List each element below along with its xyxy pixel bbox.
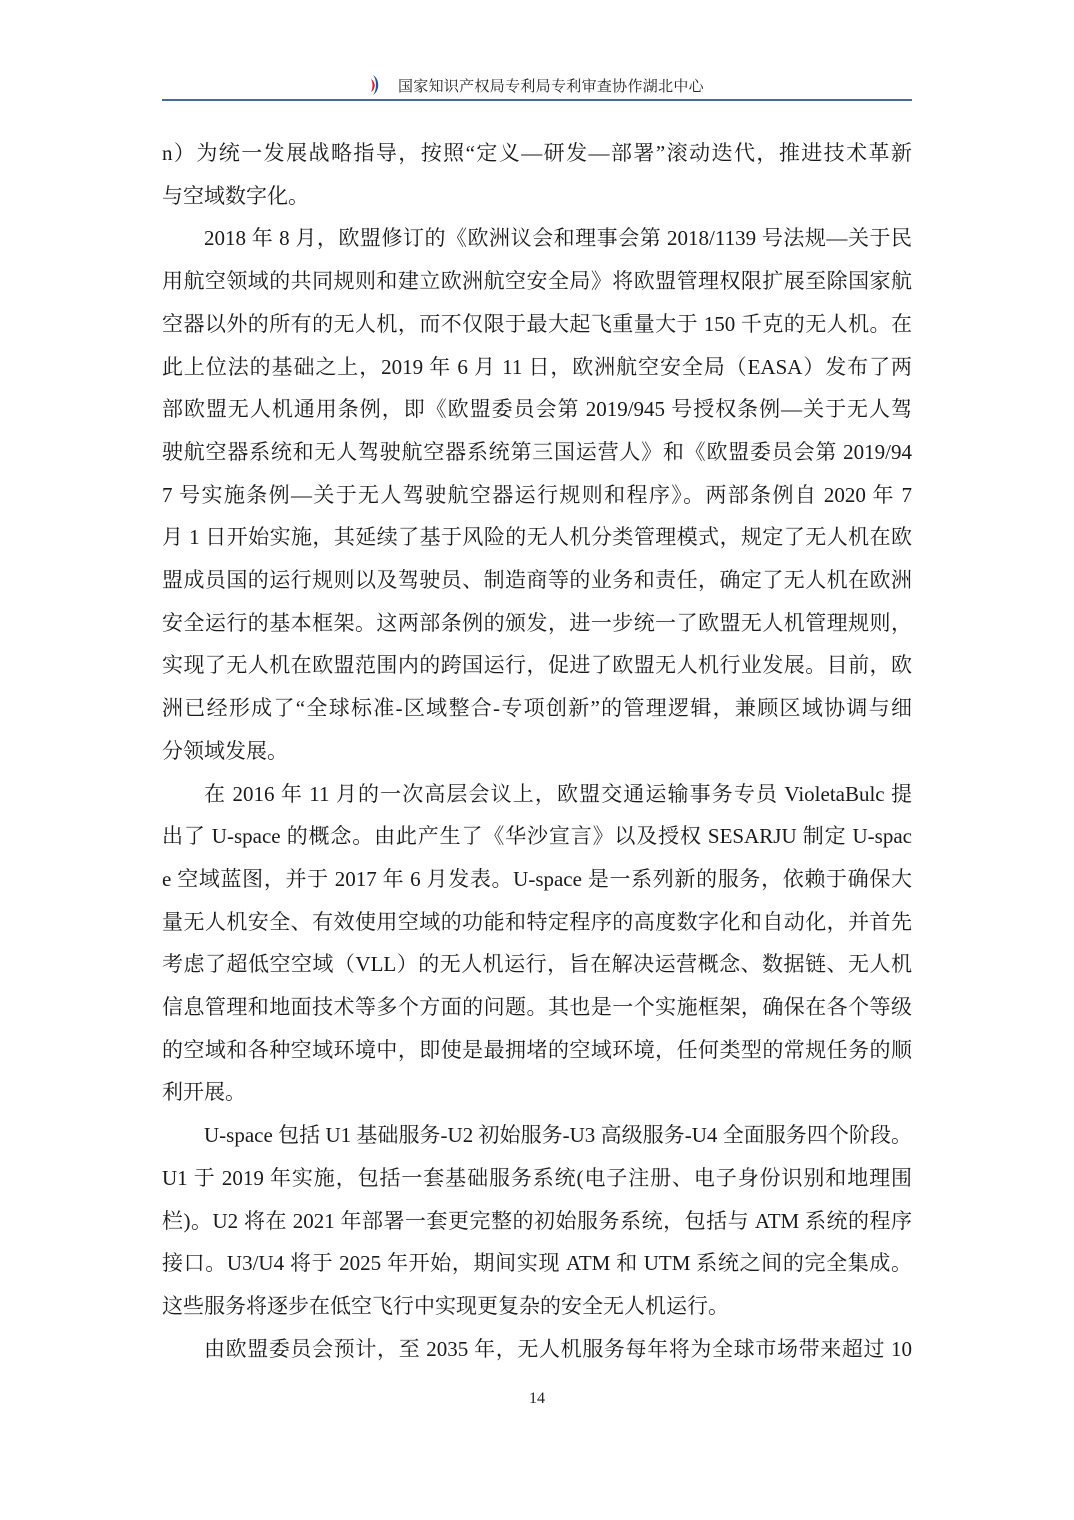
paragraph: n）为统一发展战略指导，按照“定义—研发—部署”滚动迭代，推进技术革新与空域数字…: [162, 132, 912, 217]
text-line: 在 2016 年 11 月的一次高层会议上，欧盟交通运输事务专员 Violeta…: [162, 773, 912, 816]
text-line: 洲已经形成了“全球标准-区域整合-专项创新”的管理逻辑，兼顾区域协调与细: [162, 687, 912, 730]
text-line: 2018 年 8 月，欧盟修订的《欧洲议会和理事会第 2018/1139 号法规…: [162, 217, 912, 260]
text-line: 由欧盟委员会预计，至 2035 年，无人机服务每年将为全球市场带来超过 10: [162, 1328, 912, 1371]
text-line: 月 1 日开始实施，其延续了基于风险的无人机分类管理模式，规定了无人机在欧: [162, 516, 912, 559]
text-line: 此上位法的基础之上，2019 年 6 月 11 日，欧洲航空安全局（EASA）发…: [162, 346, 912, 389]
text-line: 接口。U3/U4 将于 2025 年开始，期间实现 ATM 和 UTM 系统之间…: [162, 1242, 912, 1285]
text-line: 量无人机安全、有效使用空域的功能和特定程序的高度数字化和自动化，并首先: [162, 901, 912, 944]
paragraph: U-space 包括 U1 基础服务-U2 初始服务-U3 高级服务-U4 全面…: [162, 1114, 912, 1328]
text-line: 这些服务将逐步在低空飞行中实现更复杂的安全无人机运行。: [162, 1285, 912, 1328]
page-number: 14: [0, 1390, 1074, 1408]
text-line: 驶航空器系统和无人驾驶航空器系统第三国运营人》和《欧盟委员会第 2019/94: [162, 431, 912, 474]
text-line: 空器以外的所有的无人机，而不仅限于最大起飞重量大于 150 千克的无人机。在: [162, 303, 912, 346]
document-body: n）为统一发展战略指导，按照“定义—研发—部署”滚动迭代，推进技术革新与空域数字…: [162, 132, 912, 1370]
header-divider: [162, 99, 912, 101]
text-line: U1 于 2019 年实施，包括一套基础服务系统(电子注册、电子身份识别和地理围: [162, 1157, 912, 1200]
text-line: 信息管理和地面技术等多个方面的问题。其也是一个实施框架，确保在各个等级: [162, 986, 912, 1029]
text-line: 7 号实施条例—关于无人驾驶航空器运行规则和程序》。两部条例自 2020 年 7: [162, 474, 912, 517]
cnipa-logo-icon: [370, 74, 384, 96]
text-line: 安全运行的基本框架。这两部条例的颁发，进一步统一了欧盟无人机管理规则，: [162, 602, 912, 645]
paragraph: 2018 年 8 月，欧盟修订的《欧洲议会和理事会第 2018/1139 号法规…: [162, 217, 912, 772]
text-line: 出了 U-space 的概念。由此产生了《华沙宣言》以及授权 SESARJU 制…: [162, 815, 912, 858]
text-line: 与空域数字化。: [162, 175, 912, 218]
text-line: 盟成员国的运行规则以及驾驶员、制造商等的业务和责任，确定了无人机在欧洲: [162, 559, 912, 602]
text-line: 的空域和各种空域环境中，即使是最拥堵的空域环境，任何类型的常规任务的顺: [162, 1029, 912, 1072]
page-header: 国家知识产权局专利局专利审查协作湖北中心: [162, 70, 912, 102]
paragraph: 由欧盟委员会预计，至 2035 年，无人机服务每年将为全球市场带来超过 10: [162, 1328, 912, 1371]
text-line: 部欧盟无人机通用条例，即《欧盟委员会第 2019/945 号授权条例—关于无人驾: [162, 388, 912, 431]
text-line: 用航空领域的共同规则和建立欧洲航空安全局》将欧盟管理权限扩展至除国家航: [162, 260, 912, 303]
text-line: 考虑了超低空空域（VLL）的无人机运行，旨在解决运营概念、数据链、无人机: [162, 943, 912, 986]
text-line: 利开展。: [162, 1071, 912, 1114]
text-line: U-space 包括 U1 基础服务-U2 初始服务-U3 高级服务-U4 全面…: [162, 1114, 912, 1157]
header-title: 国家知识产权局专利局专利审查协作湖北中心: [398, 75, 704, 96]
paragraph: 在 2016 年 11 月的一次高层会议上，欧盟交通运输事务专员 Violeta…: [162, 773, 912, 1115]
text-line: n）为统一发展战略指导，按照“定义—研发—部署”滚动迭代，推进技术革新: [162, 132, 912, 175]
text-line: e 空域蓝图，并于 2017 年 6 月发表。U-space 是一系列新的服务，…: [162, 858, 912, 901]
text-line: 栏)。U2 将在 2021 年部署一套更完整的初始服务系统，包括与 ATM 系统…: [162, 1200, 912, 1243]
text-line: 实现了无人机在欧盟范围内的跨国运行，促进了欧盟无人机行业发展。目前，欧: [162, 644, 912, 687]
text-line: 分领域发展。: [162, 730, 912, 773]
